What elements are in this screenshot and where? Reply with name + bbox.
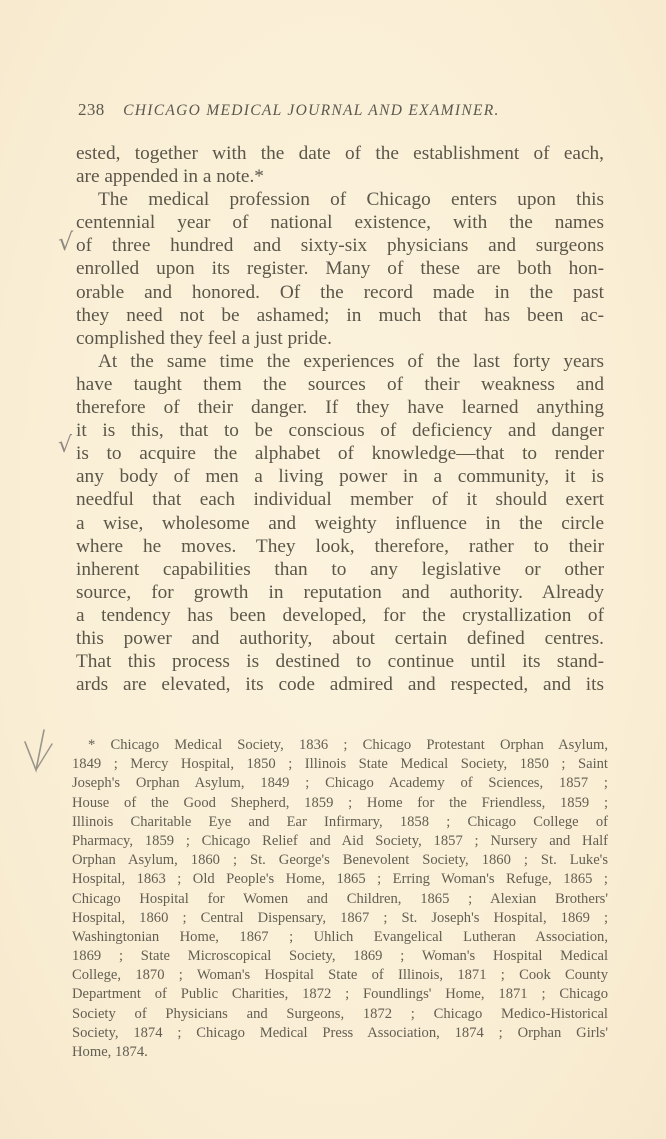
footnote-line: * Chicago Medical Society, 1836 ; Chicag… bbox=[72, 736, 608, 755]
footnote-line: Chicago Hospital for Women and Children,… bbox=[72, 890, 608, 909]
text-line: is to acquire the alphabet of knowledge—… bbox=[76, 442, 604, 465]
text-line: are appended in a note.* bbox=[76, 165, 604, 188]
footnote-line: 1849 ; Mercy Hospital, 1850 ; Illinois S… bbox=[72, 755, 608, 774]
text-line: this power and authority, about certain … bbox=[76, 627, 604, 650]
footnote-line: Society, 1874 ; Chicago Medical Press As… bbox=[72, 1024, 608, 1043]
text-line: inherent capabilities than to any legisl… bbox=[76, 558, 604, 581]
text-line: it is this, that to be conscious of defi… bbox=[76, 419, 604, 442]
footnote-line: Society of Physicians and Surgeons, 1872… bbox=[72, 1005, 608, 1024]
text-line: At the same time the experiences of the … bbox=[76, 350, 604, 373]
pencil-check-mark-icon: √ bbox=[58, 228, 73, 256]
footnote-line: 1869 ; State Microscopical Society, 1869… bbox=[72, 947, 608, 966]
text-line: a tendency has been developed, for the c… bbox=[76, 604, 604, 627]
scanned-page: 238 CHICAGO MEDICAL JOURNAL AND EXAMINER… bbox=[0, 0, 666, 1139]
running-title: CHICAGO MEDICAL JOURNAL AND EXAMINER. bbox=[123, 102, 500, 119]
text-line: The medical profession of Chicago enters… bbox=[76, 188, 604, 211]
text-line: orable and honored. Of the record made i… bbox=[76, 281, 604, 304]
text-line: centennial year of national existence, w… bbox=[76, 211, 604, 234]
footnote-line: Pharmacy, 1859 ; Chicago Relief and Aid … bbox=[72, 832, 608, 851]
paragraph: At the same time the experiences of the … bbox=[76, 350, 604, 696]
text-line: of three hundred and sixty-six physician… bbox=[76, 234, 604, 257]
pencil-check-mark-icon: √ bbox=[58, 433, 72, 458]
running-header: 238 CHICAGO MEDICAL JOURNAL AND EXAMINER… bbox=[78, 100, 598, 120]
text-line: a wise, wholesome and weighty influence … bbox=[76, 512, 604, 535]
text-line: complished they feel a just pride. bbox=[76, 327, 604, 350]
footnote-line: Hospital, 1863 ; Old People's Home, 1865… bbox=[72, 870, 608, 889]
footnote-line: Illinois Charitable Eye and Ear Infirmar… bbox=[72, 813, 608, 832]
text-line: ards are elevated, its code admired and … bbox=[76, 673, 604, 696]
footnote-line: College, 1870 ; Woman's Hospital State o… bbox=[72, 966, 608, 985]
text-line: they need not be ashamed; in much that h… bbox=[76, 304, 604, 327]
body-text: ested, together with the date of the est… bbox=[76, 142, 604, 696]
footnote-line: Orphan Asylum, 1860 ; St. George's Benev… bbox=[72, 851, 608, 870]
text-line: That this process is destined to continu… bbox=[76, 650, 604, 673]
footnote-line: Home, 1874. bbox=[72, 1043, 608, 1062]
page-number: 238 bbox=[78, 100, 105, 119]
text-line: enrolled upon its register. Many of thes… bbox=[76, 257, 604, 280]
text-line: source, for growth in reputation and aut… bbox=[76, 581, 604, 604]
text-line: where he moves. They look, therefore, ra… bbox=[76, 535, 604, 558]
text-line: have taught them the sources of their we… bbox=[76, 373, 604, 396]
pencil-check-mark-icon bbox=[22, 724, 60, 776]
footnote-line: Joseph's Orphan Asylum, 1849 ; Chicago A… bbox=[72, 774, 608, 793]
text-line: needful that each individual member of i… bbox=[76, 488, 604, 511]
text-line: ested, together with the date of the est… bbox=[76, 142, 604, 165]
text-line: therefore of their danger. If they have … bbox=[76, 396, 604, 419]
footnote-line: Department of Public Charities, 1872 ; F… bbox=[72, 985, 608, 1004]
footnote: * Chicago Medical Society, 1836 ; Chicag… bbox=[72, 736, 608, 1062]
footnote-line: Washingtonian Home, 1867 ; Uhlich Evange… bbox=[72, 928, 608, 947]
paragraph: The medical profession of Chicago enters… bbox=[76, 188, 604, 350]
footnote-line: Hospital, 1860 ; Central Dispensary, 186… bbox=[72, 909, 608, 928]
text-line: any body of men a living power in a comm… bbox=[76, 465, 604, 488]
footnote-line: House of the Good Shepherd, 1859 ; Home … bbox=[72, 794, 608, 813]
paragraph: ested, together with the date of the est… bbox=[76, 142, 604, 188]
